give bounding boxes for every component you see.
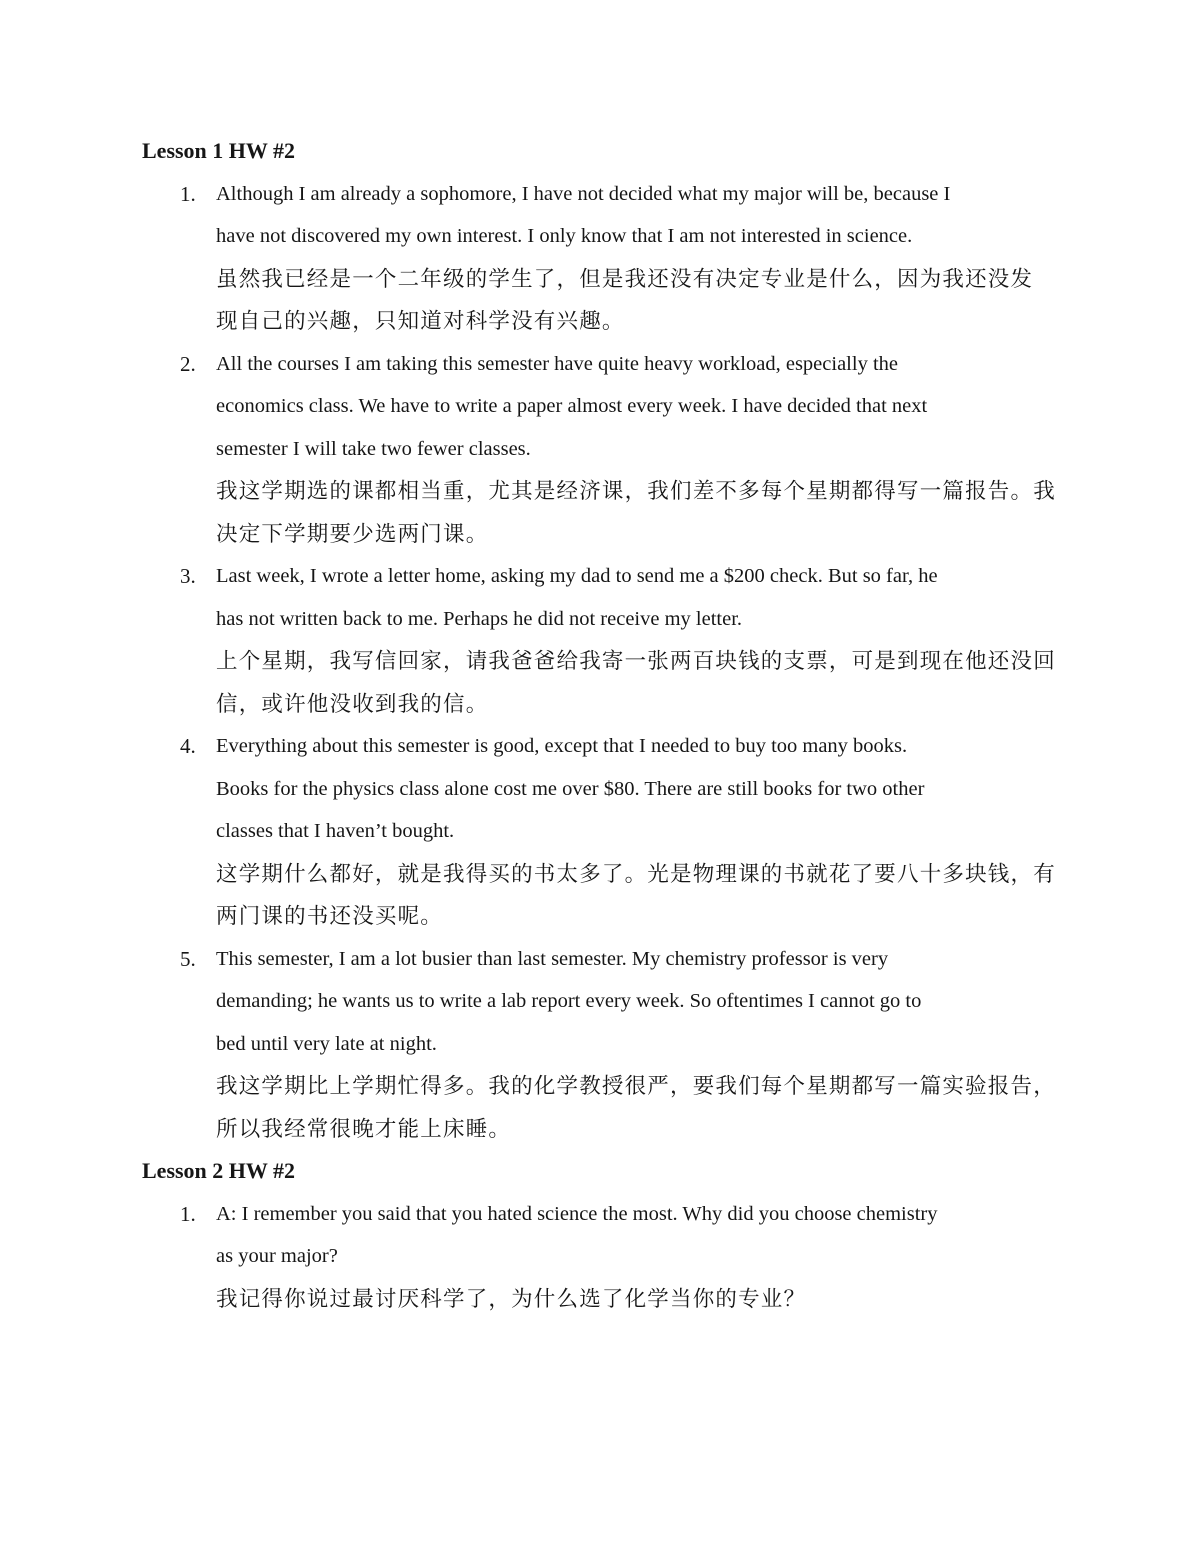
homework-item-lesson2-1: 1. A: I remember you said that you hated… <box>142 1193 1072 1321</box>
chinese-translation-line: 上个星期，我写信回家，请我爸爸给我寄一张两百块钱的支票，可是到现在他还没回 <box>216 640 1072 683</box>
english-sentence-line: Books for the physics class alone cost m… <box>216 768 1072 811</box>
chinese-translation-line: 这学期什么都好，就是我得买的书太多了。光是物理课的书就花了要八十多块钱，有 <box>216 853 1072 896</box>
item-number: 4. <box>180 725 216 938</box>
homework-item-5: 5. This semester, I am a lot busier than… <box>142 938 1072 1151</box>
english-sentence-line: semester I will take two fewer classes. <box>216 428 1072 471</box>
chinese-translation-line: 我记得你说过最讨厌科学了，为什么选了化学当你的专业？ <box>216 1278 1072 1321</box>
item-text: All the courses I am taking this semeste… <box>216 343 1072 556</box>
english-sentence-line: demanding; he wants us to write a lab re… <box>216 980 1072 1023</box>
english-sentence-line: has not written back to me. Perhaps he d… <box>216 598 1072 641</box>
homework-item-1: 1. Although I am already a sophomore, I … <box>142 173 1072 343</box>
english-sentence-line: A: I remember you said that you hated sc… <box>216 1193 1072 1236</box>
item-number: 1. <box>180 173 216 343</box>
chinese-translation-line: 决定下学期要少选两门课。 <box>216 513 1072 556</box>
english-sentence-line: All the courses I am taking this semeste… <box>216 343 1072 386</box>
item-text: Although I am already a sophomore, I hav… <box>216 173 1072 343</box>
chinese-translation-line: 现自己的兴趣，只知道对科学没有兴趣。 <box>216 300 1072 343</box>
chinese-translation-line: 我这学期选的课都相当重，尤其是经济课，我们差不多每个星期都得写一篇报告。我 <box>216 470 1072 513</box>
section-heading-lesson-1: Lesson 1 HW #2 <box>142 130 1072 173</box>
english-sentence-line: classes that I haven’t bought. <box>216 810 1072 853</box>
item-number: 1. <box>180 1193 216 1321</box>
document-page: Lesson 1 HW #2 1. Although I am already … <box>0 0 1200 1553</box>
english-sentence-line: This semester, I am a lot busier than la… <box>216 938 1072 981</box>
item-number: 2. <box>180 343 216 556</box>
item-text: Everything about this semester is good, … <box>216 725 1072 938</box>
homework-item-4: 4. Everything about this semester is goo… <box>142 725 1072 938</box>
english-sentence-line: Last week, I wrote a letter home, asking… <box>216 555 1072 598</box>
homework-item-2: 2. All the courses I am taking this seme… <box>142 343 1072 556</box>
chinese-translation-line: 所以我经常很晚才能上床睡。 <box>216 1108 1072 1151</box>
document-content: Lesson 1 HW #2 1. Although I am already … <box>142 130 1072 1320</box>
section-heading-lesson-2: Lesson 2 HW #2 <box>142 1150 1072 1193</box>
chinese-translation-line: 信，或许他没收到我的信。 <box>216 683 1072 726</box>
english-sentence-line: Everything about this semester is good, … <box>216 725 1072 768</box>
item-text: Last week, I wrote a letter home, asking… <box>216 555 1072 725</box>
english-sentence-line: as your major? <box>216 1235 1072 1278</box>
english-sentence-line: economics class. We have to write a pape… <box>216 385 1072 428</box>
homework-item-3: 3. Last week, I wrote a letter home, ask… <box>142 555 1072 725</box>
chinese-translation-line: 虽然我已经是一个二年级的学生了，但是我还没有决定专业是什么，因为我还没发 <box>216 258 1072 301</box>
item-text: This semester, I am a lot busier than la… <box>216 938 1072 1151</box>
chinese-translation-line: 我这学期比上学期忙得多。我的化学教授很严，要我们每个星期都写一篇实验报告， <box>216 1065 1072 1108</box>
item-text: A: I remember you said that you hated sc… <box>216 1193 1072 1321</box>
english-sentence-line: bed until very late at night. <box>216 1023 1072 1066</box>
item-number: 5. <box>180 938 216 1151</box>
chinese-translation-line: 两门课的书还没买呢。 <box>216 895 1072 938</box>
english-sentence-line: have not discovered my own interest. I o… <box>216 215 1072 258</box>
item-number: 3. <box>180 555 216 725</box>
english-sentence-line: Although I am already a sophomore, I hav… <box>216 173 1072 216</box>
